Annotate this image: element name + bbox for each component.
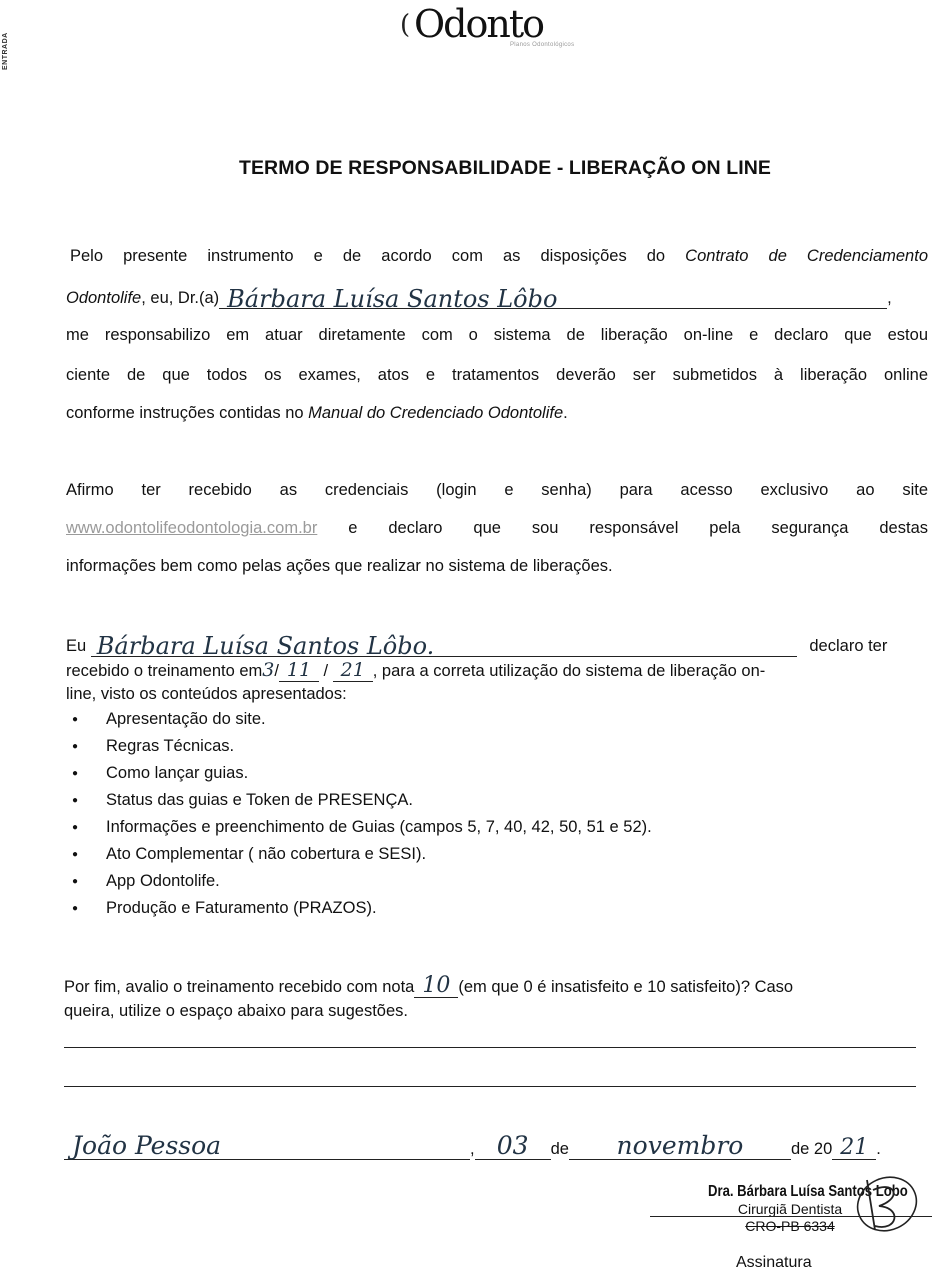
training-year-field[interactable]: 21: [333, 660, 373, 682]
p3-text: recebido o treinamento em: [66, 662, 262, 680]
training-month: 11: [287, 659, 311, 681]
signature-scribble-icon: [845, 1170, 925, 1240]
p3-line3: line, visto os conteúdos apresentados:: [66, 684, 347, 704]
day-field[interactable]: 03: [475, 1136, 551, 1160]
p1-line3: me responsabilizo em atuar diretamente c…: [66, 325, 928, 345]
p2-line3: informações bem como pelas ações que rea…: [66, 556, 613, 576]
p1-line5: conforme instruções contidas no Manual d…: [66, 403, 568, 423]
de-text: de: [551, 1140, 569, 1158]
contract-name: Contrato de Credenciamento: [685, 247, 928, 265]
list-item: Apresentação do site.: [68, 706, 652, 733]
p2-text: e declaro que sou responsável pela segur…: [317, 519, 928, 537]
year-field[interactable]: 21: [832, 1138, 876, 1160]
rating-score-field[interactable]: 10: [414, 976, 458, 998]
doctor-name-value: Bárbara Luísa Santos Lôbo: [219, 285, 557, 313]
list-item: Informações e preenchimento de Guias (ca…: [68, 814, 652, 841]
website-link[interactable]: www.odontolifeodontologia.com.br: [66, 519, 317, 537]
rating-line1: Por fim, avalio o treinamento recebido c…: [64, 976, 793, 998]
rating-text: (em que 0 é insatisfeito e 10 satisfeito…: [458, 978, 793, 996]
document-title: TERMO DE RESPONSABILIDADE - LIBERAÇÃO ON…: [0, 157, 937, 180]
comma: ,: [887, 289, 892, 307]
p3-text: declaro ter: [809, 637, 887, 655]
company-name: Odontolife: [66, 289, 141, 307]
p3-text: , para a correta utilização do sistema d…: [373, 662, 766, 680]
p3-line2: recebido o treinamento em3/11 / 21, para…: [66, 660, 765, 682]
p3-line1: Eu Bárbara Luísa Santos Lôbo. declaro te…: [66, 633, 928, 657]
month-value: novembro: [617, 1131, 744, 1160]
p2-line2: www.odontolifeodontologia.com.br e decla…: [66, 518, 928, 538]
p2-line1: Afirmo ter recebido as credenciais (logi…: [66, 480, 928, 500]
rating-line2: queira, utilize o espaço abaixo para sug…: [64, 1001, 408, 1021]
logo-subtitle: Planos Odontológicos: [510, 42, 574, 48]
manual-name: Manual do Credenciado Odontolife: [308, 404, 563, 422]
month-field[interactable]: novembro: [569, 1136, 791, 1160]
list-item: Ato Complementar ( não cobertura e SESI)…: [68, 841, 652, 868]
list-item: Status das guias e Token de PRESENÇA.: [68, 787, 652, 814]
list-item: Produção e Faturamento (PRAZOS).: [68, 895, 652, 922]
logo-mark: (: [400, 10, 410, 40]
suggestions-line-1[interactable]: [64, 1047, 916, 1048]
training-year: 21: [341, 659, 365, 681]
city-value: João Pessoa: [64, 1131, 221, 1160]
place-date-line: João Pessoa,03denovembrode 2021.: [64, 1136, 881, 1160]
period: .: [563, 404, 568, 422]
p1-text: conforme instruções contidas no: [66, 404, 308, 422]
year-prefix: de 20: [791, 1140, 832, 1158]
p1-text: , eu, Dr.(a): [141, 289, 219, 307]
training-day[interactable]: 3: [262, 659, 274, 681]
company-logo: Odonto: [414, 2, 543, 46]
p1-line4: ciente de que todos os exames, atos e tr…: [66, 365, 928, 385]
rating-text: Por fim, avalio o treinamento recebido c…: [64, 978, 414, 996]
p1-line2: Odontolife, eu, Dr.(a)Bárbara Luísa Sant…: [66, 285, 928, 309]
year-value: 21: [840, 1135, 868, 1160]
list-item: Como lançar guias.: [68, 760, 652, 787]
training-month-field[interactable]: 11: [279, 660, 319, 682]
topics-list: Apresentação do site. Regras Técnicas. C…: [68, 706, 652, 922]
p3-text: Eu: [66, 637, 86, 655]
p1-text: Pelo presente instrumento e de acordo co…: [70, 247, 685, 265]
day-value: 03: [497, 1131, 529, 1160]
p1-line1: Pelo presente instrumento e de acordo co…: [70, 246, 928, 266]
signature-label: Assinatura: [736, 1254, 812, 1272]
list-item: Regras Técnicas.: [68, 733, 652, 760]
trainee-name-field[interactable]: Bárbara Luísa Santos Lôbo.: [91, 633, 797, 657]
trainee-name-value: Bárbara Luísa Santos Lôbo.: [91, 632, 434, 660]
list-item: App Odontolife.: [68, 868, 652, 895]
rating-score: 10: [422, 973, 450, 998]
side-stamp: ENTRADA: [2, 0, 14, 70]
city-field[interactable]: João Pessoa: [64, 1136, 470, 1160]
suggestions-line-2[interactable]: [64, 1086, 916, 1087]
doctor-name-field[interactable]: Bárbara Luísa Santos Lôbo: [219, 285, 887, 309]
period: .: [876, 1140, 881, 1158]
